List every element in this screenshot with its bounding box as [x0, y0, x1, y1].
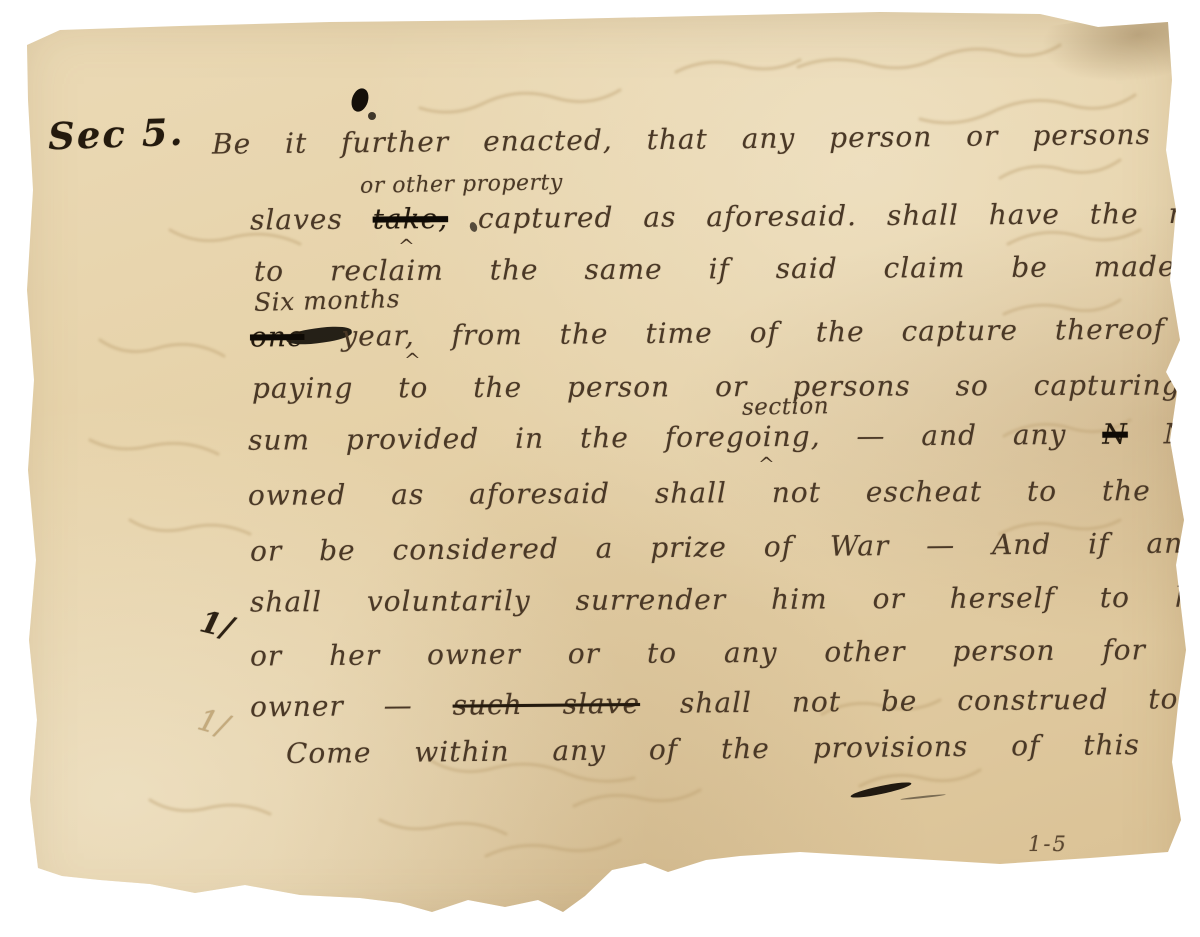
ink-streak: [850, 780, 912, 801]
line-text: shall not be construed to —: [680, 682, 1200, 720]
line-text: or be considered a prize of War — And if…: [250, 526, 1200, 567]
ink-streak-tail: [900, 794, 946, 801]
struck-word: one: [250, 320, 305, 353]
struck-word: take,: [373, 202, 449, 236]
manuscript-line: owner — such slave shall not be construe…: [250, 682, 1200, 724]
caret-mark: ^: [758, 452, 775, 476]
line-text: Come within any of the provisions of thi…: [286, 727, 1200, 770]
interlinear-insertion: Six months: [254, 284, 401, 317]
manuscript-paper-sheet: Sec 5. Be it further enacted, that any p…: [0, 0, 1200, 937]
interlinear-insertion: section: [742, 393, 830, 421]
ink-blot: [349, 86, 372, 114]
ink-speck: [618, 884, 625, 891]
manuscript-line: paying to the person or persons so captu…: [252, 368, 1200, 405]
line-text: owned as aforesaid shall not escheat to …: [248, 473, 1200, 512]
ink-speck: [368, 112, 376, 120]
line-text: from the time of the capture thereof upo…: [451, 312, 1200, 352]
struck-words: such slave: [452, 687, 640, 722]
manuscript-line: Come within any of the provisions of thi…: [286, 727, 1200, 770]
manuscript-line: one year, from the time of the capture t…: [250, 312, 1200, 354]
line-text: slaves: [250, 203, 343, 237]
paper-corner-shading: [1031, 8, 1189, 98]
section-heading: Sec 5.: [47, 110, 185, 159]
line-text: sum provided in the foregoing, — and any: [248, 418, 1067, 457]
manuscript-line: or be considered a prize of War — And if…: [250, 525, 1200, 567]
line-text: Be it further enacted, that any person o…: [212, 116, 1200, 160]
line-text: to reclaim the same if said claim be mad…: [254, 249, 1200, 288]
manuscript-line: to reclaim the same if said claim be mad…: [254, 249, 1200, 288]
manuscript-line: owned as aforesaid shall not escheat to …: [248, 473, 1200, 512]
line-text: Negro so: [1164, 416, 1200, 450]
scanned-document-page: Sec 5. Be it further enacted, that any p…: [0, 0, 1200, 937]
caret-mark: ^: [404, 348, 421, 372]
interlinear-insertion: or other property: [360, 170, 563, 199]
line-text: captured as aforesaid. shall have the ri…: [478, 197, 1200, 235]
margin-mark: 1/: [196, 604, 237, 646]
manuscript-line: sum provided in the foregoing, — and any…: [248, 416, 1200, 457]
line-text: or her owner or to any other person for …: [250, 632, 1200, 672]
line-text: paying to the person or persons so captu…: [252, 368, 1200, 405]
line-text: owner —: [250, 689, 413, 723]
manuscript-line: or her owner or to any other person for …: [250, 632, 1200, 672]
manuscript-line: shall voluntarily surrender him or herse…: [250, 580, 1200, 618]
manuscript-line: slaves take, captured as aforesaid. shal…: [250, 197, 1200, 237]
manuscript-line: Be it further enacted, that any person o…: [212, 116, 1200, 160]
struck-character: N: [1102, 418, 1128, 451]
margin-mark-faint: 1/: [194, 702, 234, 744]
page-number-mark: 1-5: [1028, 832, 1068, 856]
line-text: shall voluntarily surrender him or herse…: [250, 580, 1200, 618]
